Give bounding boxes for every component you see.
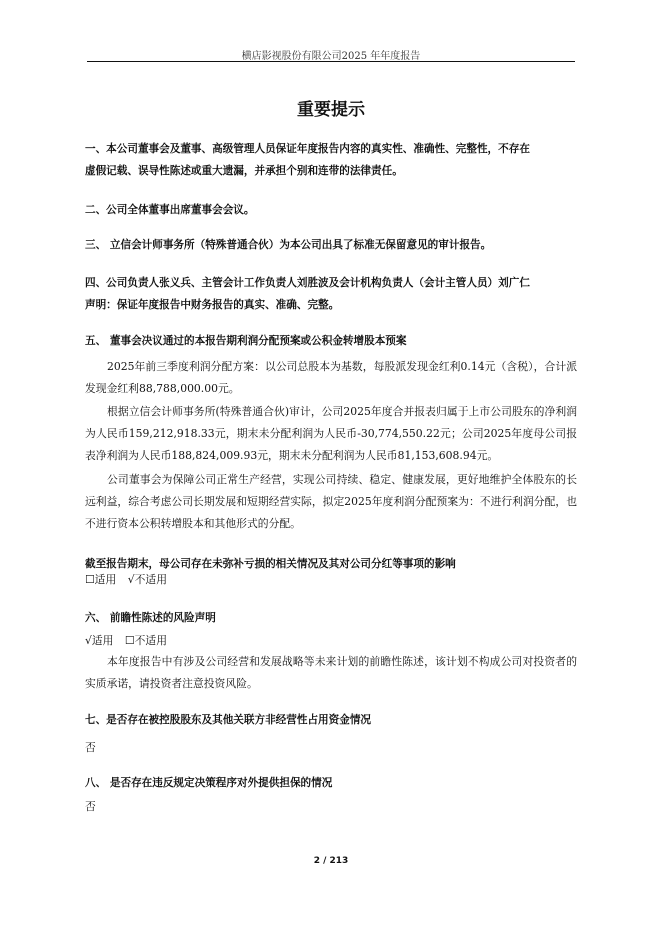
page-title: 重要提示 xyxy=(0,95,662,120)
section-8-heading: 八、 是否存在违反规定决策程序对外提供担保的情况 xyxy=(85,772,577,794)
section-5-paragraph-3: 公司董事会为保障公司正常生产经营，实现公司持续、稳定、健康发展，更好地维护全体股… xyxy=(85,469,577,535)
section-6-heading: 六、 前瞻性陈述的风险声明 xyxy=(85,607,577,629)
section-6-option-not-applicable: ☐不适用 xyxy=(125,634,167,647)
section-6-paragraph: 本年度报告中有涉及公司经营和发展战略等未来计划的前瞻性陈述，该计划不构成公司对投… xyxy=(85,651,577,695)
section-6-option-applicable: √适用 xyxy=(85,634,113,647)
section-5-paragraph-1: 2025年前三季度利润分配方案：以公司总股本为基数，每股派发现金红利0.14元（… xyxy=(85,356,577,400)
section-7-heading: 七、是否存在被控股股东及其他关联方非经营性占用资金情况 xyxy=(85,709,577,731)
section-4-line-2: 声明：保证年度报告中财务报告的真实、准确、完整。 xyxy=(85,294,577,316)
section-1: 一、本公司董事会及董事、高级管理人员保证年度报告内容的真实性、准确性、完整性，不… xyxy=(85,138,577,182)
section-2: 二、公司全体董事出席董事会会议。 xyxy=(85,199,577,221)
section-4-line-1: 四、公司负责人张义兵、主管会计工作负责人刘胜波及会计机构负责人（会计主管人员）刘… xyxy=(85,272,577,294)
section-5-heading: 五、 董事会决议通过的本报告期利润分配预案或公积金转增股本预案 xyxy=(85,330,577,352)
loss-option-applicable: ☐适用 xyxy=(85,573,116,586)
running-header: 横店影视股份有限公司2025 年年度报告 xyxy=(0,47,662,62)
document-page: 横店影视股份有限公司2025 年年度报告 重要提示 一、本公司董事会及董事、高级… xyxy=(0,0,662,936)
loss-option-not-applicable: √不适用 xyxy=(128,573,167,586)
section-6-options: √适用 ☐不适用 xyxy=(85,630,577,652)
loss-options: ☐适用 √不适用 xyxy=(85,571,577,589)
section-1-line-2: 虚假记载、误导性陈述或重大遗漏，并承担个别和连带的法律责任。 xyxy=(85,160,577,182)
page-number: 2 / 213 xyxy=(0,856,662,866)
header-divider xyxy=(87,61,575,62)
section-5-paragraph-2: 根据立信会计师事务所(特殊普通合伙)审计，公司2025年度合并报表归属于上市公司… xyxy=(85,401,577,467)
section-1-line-1: 一、本公司董事会及董事、高级管理人员保证年度报告内容的真实性、准确性、完整性，不… xyxy=(85,138,577,160)
section-8-answer: 否 xyxy=(85,796,577,818)
section-7-answer: 否 xyxy=(85,737,577,759)
section-4: 四、公司负责人张义兵、主管会计工作负责人刘胜波及会计机构负责人（会计主管人员）刘… xyxy=(85,272,577,316)
section-3: 三、 立信会计师事务所（特殊普通合伙）为本公司出具了标准无保留意见的审计报告。 xyxy=(85,234,577,256)
